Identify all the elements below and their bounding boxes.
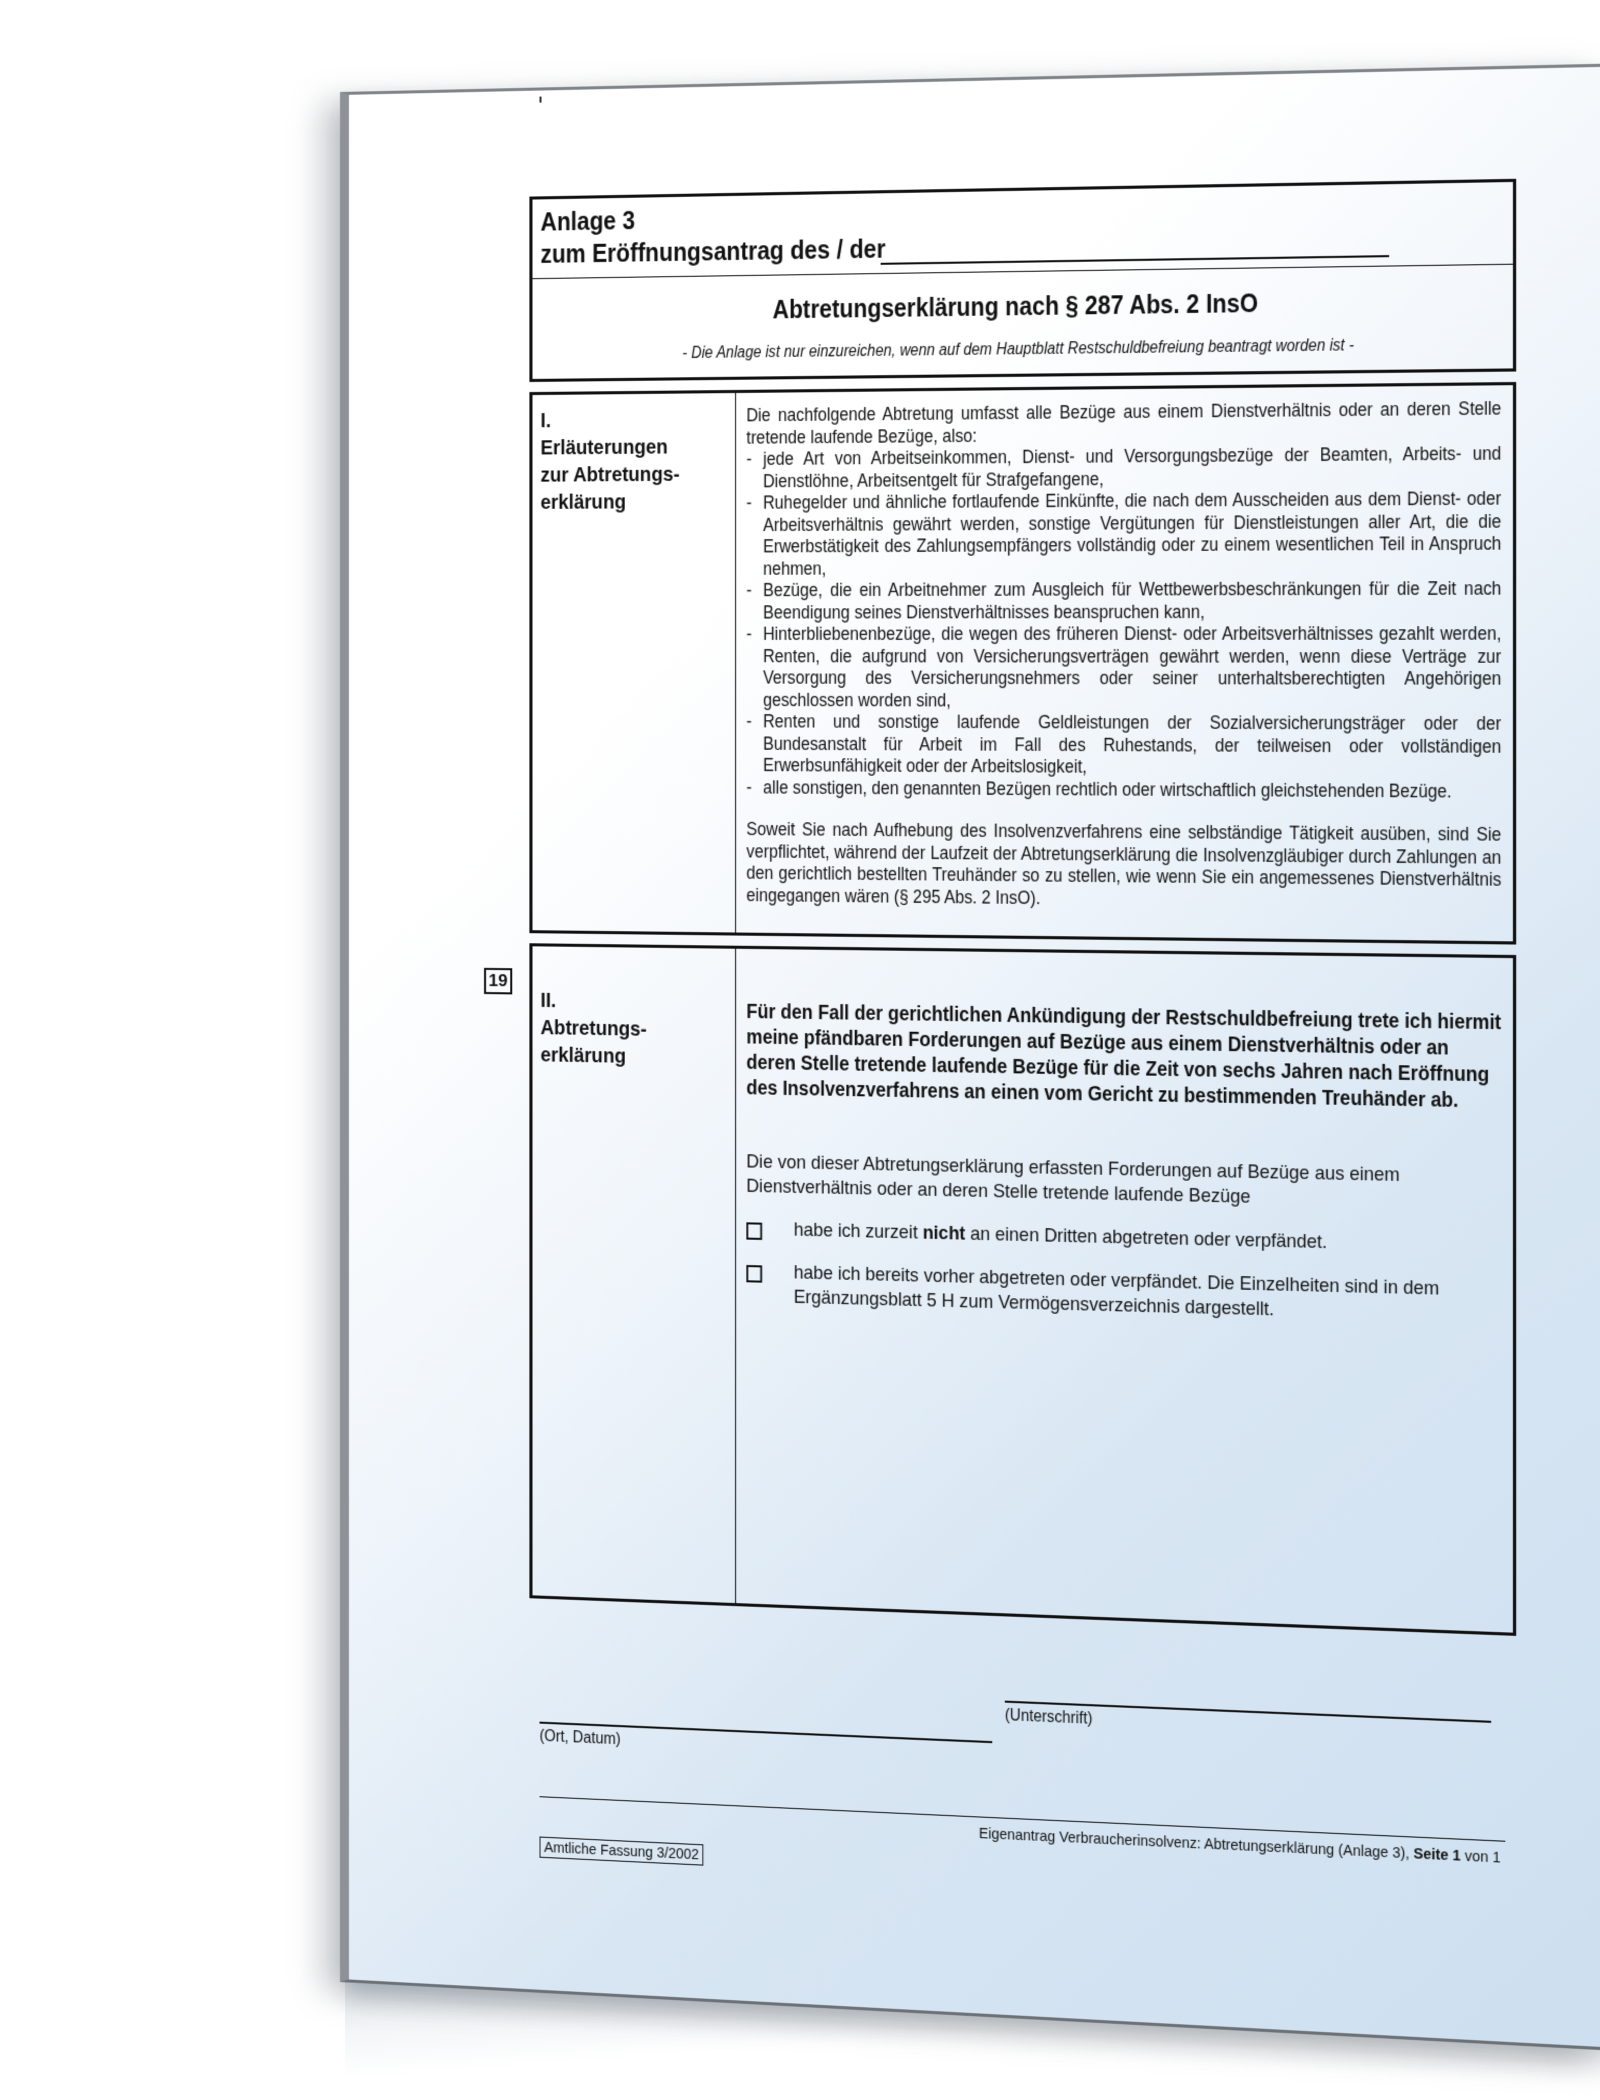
footer-form-name: Eigenantrag Verbraucherinsolvenz: Abtret… [979,1825,1501,1867]
option-text-part: habe ich zurzeit [794,1219,923,1243]
form-header: Anlage 3 zum Eröffnungsantrag des / der … [529,179,1516,382]
footer-form-title: Eigenantrag Verbraucherinsolvenz: Abtret… [979,1825,1414,1863]
section-assignment-declaration: 19 II. Abtretungs- erklärung Für den Fal… [529,943,1516,1636]
bullet-dash: - [746,711,763,777]
footer-page-number: Seite 1 [1414,1845,1461,1865]
applicant-name-field[interactable] [880,228,1388,265]
document-title: Abtretungserklärung nach § 287 Abs. 2 In… [773,289,1258,325]
signature-label: (Unterschrift) [1005,1707,1442,1744]
bullet-dash: - [746,580,763,624]
list-item-text: Ruhegelder und ähnliche fortlaufende Ein… [763,488,1501,580]
annex-subtitle: zum Eröffnungsantrag des / der [541,232,886,270]
list-item-text: jede Art von Arbeitseinkommen, Dienst- u… [763,443,1501,493]
bullet-dash: - [746,449,763,493]
version-badge: Amtliche Fassung 3/2002 [540,1837,704,1866]
section-1-heading-line: erklärung [541,488,705,516]
footer-page-total: von 1 [1461,1847,1501,1867]
section-2-heading-line: erklärung [541,1041,705,1071]
signature-field[interactable]: (Unterschrift) [1005,1701,1491,1746]
bullet-dash: - [746,777,763,799]
section-1-number: I. [541,406,705,435]
form-content: Anlage 3 zum Eröffnungsantrag des / der … [529,179,1516,1904]
field-number-badge: 19 [484,968,512,995]
list-item: -Hinterbliebenenbezüge, die wegen des fr… [746,623,1501,713]
list-item-text: alle sonstigen, den genannten Bezügen re… [763,777,1501,803]
list-item-text: Bezüge, die ein Arbeitnehmer zum Ausglei… [763,578,1501,624]
section-1-body: Die nachfolgende Abtretung umfasst alle … [736,385,1513,941]
option-not-assigned: habe ich zurzeit nicht an einen Dritten … [746,1217,1501,1259]
section-2-body: Für den Fall der gerichtlichen Ankündigu… [736,949,1513,1633]
annex-heading: Anlage 3 zum Eröffnungsantrag des / der [532,182,1512,279]
bullet-dash: - [746,624,763,711]
self-employment-note: Soweit Sie nach Aufhebung des Insolvenzv… [746,819,1501,914]
title-area: Abtretungserklärung nach § 287 Abs. 2 In… [532,265,1512,379]
list-item-text: Renten und sonstige laufende Geldleistun… [763,711,1501,780]
section-2-heading: II. Abtretungs- erklärung [532,946,736,1603]
document-page: Anlage 3 zum Eröffnungsantrag des / der … [340,64,1600,2051]
section-explanations: I. Erläuterungen zur Abtretungs- erkläru… [529,382,1516,945]
claims-intro: Die von dieser Abtretungserklärung erfas… [746,1150,1501,1215]
checkbox-not-assigned[interactable] [746,1222,762,1240]
list-item: -Renten und sonstige laufende Geldleistu… [746,711,1501,780]
explanation-text: Die nachfolgende Abtretung umfasst alle … [746,398,1501,929]
list-item-text: Hinterbliebenenbezüge, die wegen des frü… [763,623,1501,713]
declaration-text: Für den Fall der gerichtlichen Ankündigu… [746,1000,1504,1115]
list-item: -jede Art von Arbeitseinkommen, Dienst- … [746,443,1501,493]
page-mark [540,97,542,103]
explanation-intro: Die nachfolgende Abtretung umfasst alle … [746,398,1501,449]
place-date-label: (Ort, Datum) [540,1728,947,1764]
list-item: -Bezüge, die ein Arbeitnehmer zum Ausgle… [746,578,1501,624]
section-1-heading-line: zur Abtretungs- [541,460,705,488]
section-2-number: II. [541,987,705,1017]
document-preview-stage: Anlage 3 zum Eröffnungsantrag des / der … [0,0,1600,2100]
option-already-assigned: habe ich bereits vorher abgetreten oder … [746,1260,1501,1329]
option-text-emphasis: nicht [923,1222,966,1245]
place-date-field[interactable]: (Ort, Datum) [540,1722,993,1766]
bullet-dash: - [746,492,763,580]
option-not-assigned-label: habe ich zurzeit nicht an einen Dritten … [794,1218,1328,1255]
section-2-heading-line: Abtretungs- [541,1014,705,1044]
checkbox-already-assigned[interactable] [746,1265,762,1283]
document-note: - Die Anlage ist nur einzureichen, wenn … [682,337,1353,363]
option-already-assigned-label: habe ich bereits vorher abgetreten oder … [794,1261,1502,1329]
section-1-heading: I. Erläuterungen zur Abtretungs- erkläru… [532,393,736,933]
section-1-heading-line: Erläuterungen [541,433,705,462]
list-item: -Ruhegelder und ähnliche fortlaufende Ei… [746,488,1501,580]
list-item: -alle sonstigen, den genannten Bezügen r… [746,777,1501,803]
option-text-part: an einen Dritten abgetreten oder verpfän… [965,1223,1327,1253]
